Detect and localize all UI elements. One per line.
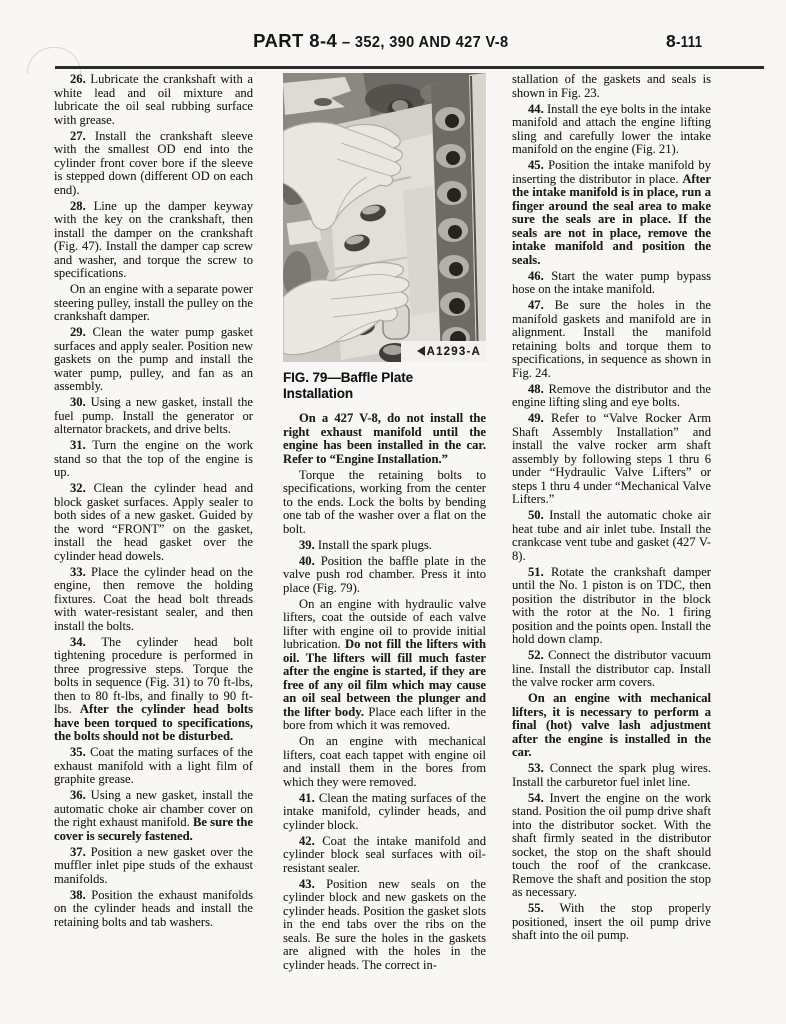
paragraph: On a 427 V-8, do not install the right e… [283,412,486,466]
photo-id-label: A1293-A [414,345,483,359]
step-number: 55. [528,901,544,915]
step-number: 49. [528,411,544,425]
paragraph: Torque the retaining bolts to specificat… [283,469,486,537]
step-number: 45. [528,158,544,172]
step-paragraph: 46. Start the water pump bypass hose on … [512,270,711,297]
page-number-rest: -111 [676,34,702,52]
step-number: 29. [70,325,86,339]
bold-text-run: After the intake manifold is in place, r… [512,172,711,267]
text-run: stallation of the gaskets and seals is s… [512,72,711,100]
step-paragraph: 39. Install the spark plugs. [283,539,486,553]
step-number: 26. [70,72,86,86]
step-number: 52. [528,648,544,662]
step-number: 51. [528,565,544,579]
text-run: On an engine with mechanical lifters, co… [283,734,486,789]
text-run: Position new seals on the cylinder block… [283,877,486,972]
step-number: 53. [528,761,544,775]
step-number: 30. [70,395,86,409]
step-paragraph: 43. Position new seals on the cylinder b… [283,878,486,973]
page-number: 8-111 [666,31,726,52]
step-paragraph: 28. Line up the damper keyway with the k… [54,200,253,281]
part-title-label: – 352, 390 AND 427 V-8 [342,34,508,52]
step-number: 43. [299,877,315,891]
step-paragraph: 37. Position a new gasket over the muffl… [54,846,253,887]
photo-id-text: A1293-A [427,346,481,358]
step-number: 47. [528,298,544,312]
figure-caption: FIG. 79—Baffle Plate Installation [283,370,486,402]
step-number: 31. [70,438,86,452]
paragraph: stallation of the gaskets and seals is s… [512,73,711,100]
step-paragraph: 49. Refer to “Valve Rocker Arm Shaft Ass… [512,412,711,507]
engine-photo-illustration [283,73,486,362]
step-paragraph: 34. The cylinder head bolt tightening pr… [54,636,253,744]
step-paragraph: 36. Using a new gasket, install the auto… [54,789,253,843]
figure-photo: A1293-A [283,73,486,362]
step-number: 27. [70,129,86,143]
step-paragraph: 40. Position the baffle plate in the val… [283,555,486,596]
step-number: 41. [299,791,315,805]
step-paragraph: 26. Lubricate the crankshaft with a whit… [54,73,253,127]
paragraph: On an engine with mechanical lifters, it… [512,692,711,760]
text-run: Torque the retaining bolts to specificat… [283,468,486,536]
text-run: Install the spark plugs. [318,538,432,552]
text-run: Refer to “Valve Rocker Arm Shaft Assembl… [512,411,711,506]
part-number-label: PART 8-4 [253,30,337,51]
text-column-left: 26. Lubricate the crankshaft with a whit… [54,73,253,932]
step-paragraph: 32. Clean the cylinder head and block ga… [54,482,253,563]
step-paragraph: 30. Using a new gasket, install the fuel… [54,396,253,437]
step-paragraph: 29. Clean the water pump gasket surfaces… [54,326,253,394]
step-paragraph: 47. Be sure the holes in the manifold ga… [512,299,711,380]
paragraph: On an engine with a separate power steer… [54,283,253,324]
step-number: 44. [528,102,544,116]
page-number-bold: 8 [666,31,676,51]
step-paragraph: 50. Install the automatic choke air heat… [512,509,711,563]
text-run: Invert the engine on the work stand. Pos… [512,791,711,900]
step-number: 38. [70,888,86,902]
step-number: 42. [299,834,315,848]
step-paragraph: 42. Coat the intake manifold and cylinde… [283,835,486,876]
step-number: 36. [70,788,86,802]
step-number: 35. [70,745,86,759]
step-paragraph: 35. Coat the mating surfaces of the exha… [54,746,253,787]
step-number: 33. [70,565,86,579]
step-number: 54. [528,791,544,805]
page-title: PART 8-4 – 352, 390 AND 427 V-8 [0,30,772,52]
step-paragraph: 45. Position the intake manifold by inse… [512,159,711,267]
step-number: 40. [299,554,315,568]
step-paragraph: 53. Connect the spark plug wires. Instal… [512,762,711,789]
figure-79: A1293-A FIG. 79—Baffle Plate Installatio… [283,73,486,402]
text-run: On an engine with a separate power steer… [54,282,253,323]
step-paragraph: 41. Clean the mating surfaces of the int… [283,792,486,833]
step-paragraph: 51. Rotate the crankshaft damper until t… [512,566,711,647]
step-number: 50. [528,508,544,522]
step-paragraph: 48. Remove the distributor and the engin… [512,383,711,410]
step-paragraph: 55. With the stop properly positioned, i… [512,902,711,943]
step-paragraph: 52. Connect the distributor vacuum line.… [512,649,711,690]
photo-label-wedge-icon [417,346,425,356]
step-number: 32. [70,481,86,495]
bold-text-run: On an engine with mechanical lifters, it… [512,691,711,759]
text-column-right: stallation of the gaskets and seals is s… [512,73,711,945]
center-column-text: On a 427 V-8, do not install the right e… [283,412,486,972]
step-number: 37. [70,845,86,859]
step-number: 39. [299,538,315,552]
bold-text-run: After the cylinder head bolts have been … [54,702,253,743]
step-paragraph: 44. Install the eye bolts in the intake … [512,103,711,157]
manual-page: PART 8-4 – 352, 390 AND 427 V-8 8-111 26… [0,0,786,1024]
bold-text-run: On a 427 V-8, do not install the right e… [283,411,486,466]
step-number: 46. [528,269,544,283]
step-paragraph: 33. Place the cylinder head on the engin… [54,566,253,634]
step-number: 34. [70,635,86,649]
step-paragraph: 54. Invert the engine on the work stand.… [512,792,711,900]
text-column-center: A1293-A FIG. 79—Baffle Plate Installatio… [283,73,486,975]
header-rule [55,66,764,69]
step-number: 48. [528,382,544,396]
paragraph: On an engine with mechanical lifters, co… [283,735,486,789]
paragraph: On an engine with hydraulic valve lifter… [283,598,486,733]
step-paragraph: 31. Turn the engine on the work stand so… [54,439,253,480]
step-paragraph: 27. Install the crankshaft sleeve with t… [54,130,253,198]
step-paragraph: 38. Position the exhaust manifolds on th… [54,889,253,930]
step-number: 28. [70,199,86,213]
